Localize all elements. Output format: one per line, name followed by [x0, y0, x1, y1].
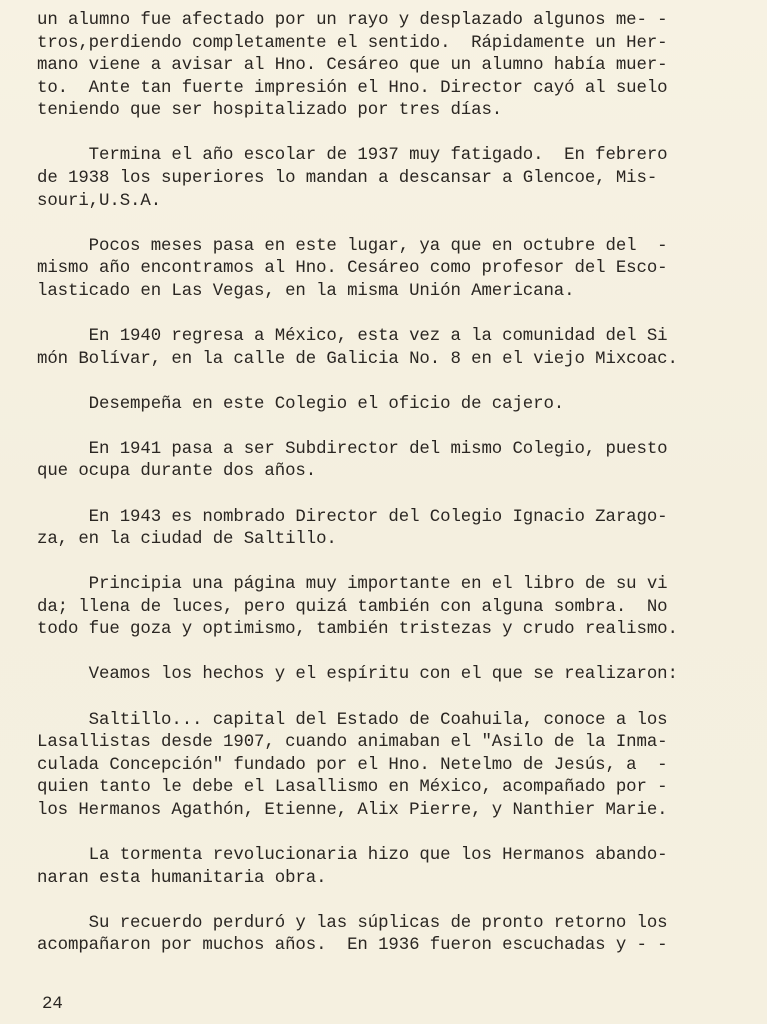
- text-line: Su recuerdo perduró y las súplicas de pr…: [37, 913, 737, 936]
- text-line: Desempeña en este Colegio el oficio de c…: [37, 394, 737, 417]
- text-line: Termina el año escolar de 1937 muy fatig…: [37, 145, 737, 168]
- paragraph: Veamos los hechos y el espíritu con el q…: [37, 664, 737, 687]
- paragraph: En 1940 regresa a México, esta vez a la …: [37, 326, 737, 371]
- text-line: naran esta humanitaria obra.: [37, 868, 737, 891]
- text-line: món Bolívar, en la calle de Galicia No. …: [37, 349, 737, 372]
- text-line: souri,U.S.A.: [37, 191, 737, 214]
- paragraph: Principia una página muy importante en e…: [37, 574, 737, 642]
- text-line: En 1940 regresa a México, esta vez a la …: [37, 326, 737, 349]
- paragraph: En 1941 pasa a ser Subdirector del mismo…: [37, 439, 737, 484]
- text-line: un alumno fue afectado por un rayo y des…: [37, 10, 737, 33]
- text-line: da; llena de luces, pero quizá también c…: [37, 597, 737, 620]
- paragraph: un alumno fue afectado por un rayo y des…: [37, 10, 737, 123]
- text-line: Saltillo... capital del Estado de Coahui…: [37, 710, 737, 733]
- paragraph: Pocos meses pasa en este lugar, ya que e…: [37, 236, 737, 304]
- paragraph: Desempeña en este Colegio el oficio de c…: [37, 394, 737, 417]
- text-line: culada Concepción" fundado por el Hno. N…: [37, 755, 737, 778]
- document-page: un alumno fue afectado por un rayo y des…: [0, 0, 767, 1024]
- text-line: La tormenta revolucionaria hizo que los …: [37, 845, 737, 868]
- text-line: quien tanto le debe el Lasallismo en Méx…: [37, 777, 737, 800]
- text-line: acompañaron por muchos años. En 1936 fue…: [37, 935, 737, 958]
- text-line: to. Ante tan fuerte impresión el Hno. Di…: [37, 78, 737, 101]
- text-line: Pocos meses pasa en este lugar, ya que e…: [37, 236, 737, 259]
- text-line: de 1938 los superiores lo mandan a desca…: [37, 168, 737, 191]
- paragraph: En 1943 es nombrado Director del Colegio…: [37, 507, 737, 552]
- paragraph: Su recuerdo perduró y las súplicas de pr…: [37, 913, 737, 958]
- text-line: Lasallistas desde 1907, cuando animaban …: [37, 732, 737, 755]
- text-line: que ocupa durante dos años.: [37, 461, 737, 484]
- text-line: lasticado en Las Vegas, en la misma Unió…: [37, 281, 737, 304]
- page-number: 24: [42, 995, 63, 1014]
- text-line: mismo año encontramos al Hno. Cesáreo co…: [37, 258, 737, 281]
- body-text: un alumno fue afectado por un rayo y des…: [37, 10, 737, 980]
- text-line: mano viene a avisar al Hno. Cesáreo que …: [37, 55, 737, 78]
- paragraph: Termina el año escolar de 1937 muy fatig…: [37, 145, 737, 213]
- text-line: teniendo que ser hospitalizado por tres …: [37, 100, 737, 123]
- text-line: todo fue goza y optimismo, también trist…: [37, 619, 737, 642]
- text-line: los Hermanos Agathón, Etienne, Alix Pier…: [37, 800, 737, 823]
- text-line: tros,perdiendo completamente el sentido.…: [37, 33, 737, 56]
- text-line: En 1943 es nombrado Director del Colegio…: [37, 507, 737, 530]
- paragraph: Saltillo... capital del Estado de Coahui…: [37, 710, 737, 823]
- text-line: En 1941 pasa a ser Subdirector del mismo…: [37, 439, 737, 462]
- paragraph: La tormenta revolucionaria hizo que los …: [37, 845, 737, 890]
- text-line: Veamos los hechos y el espíritu con el q…: [37, 664, 737, 687]
- text-line: za, en la ciudad de Saltillo.: [37, 529, 737, 552]
- text-line: Principia una página muy importante en e…: [37, 574, 737, 597]
